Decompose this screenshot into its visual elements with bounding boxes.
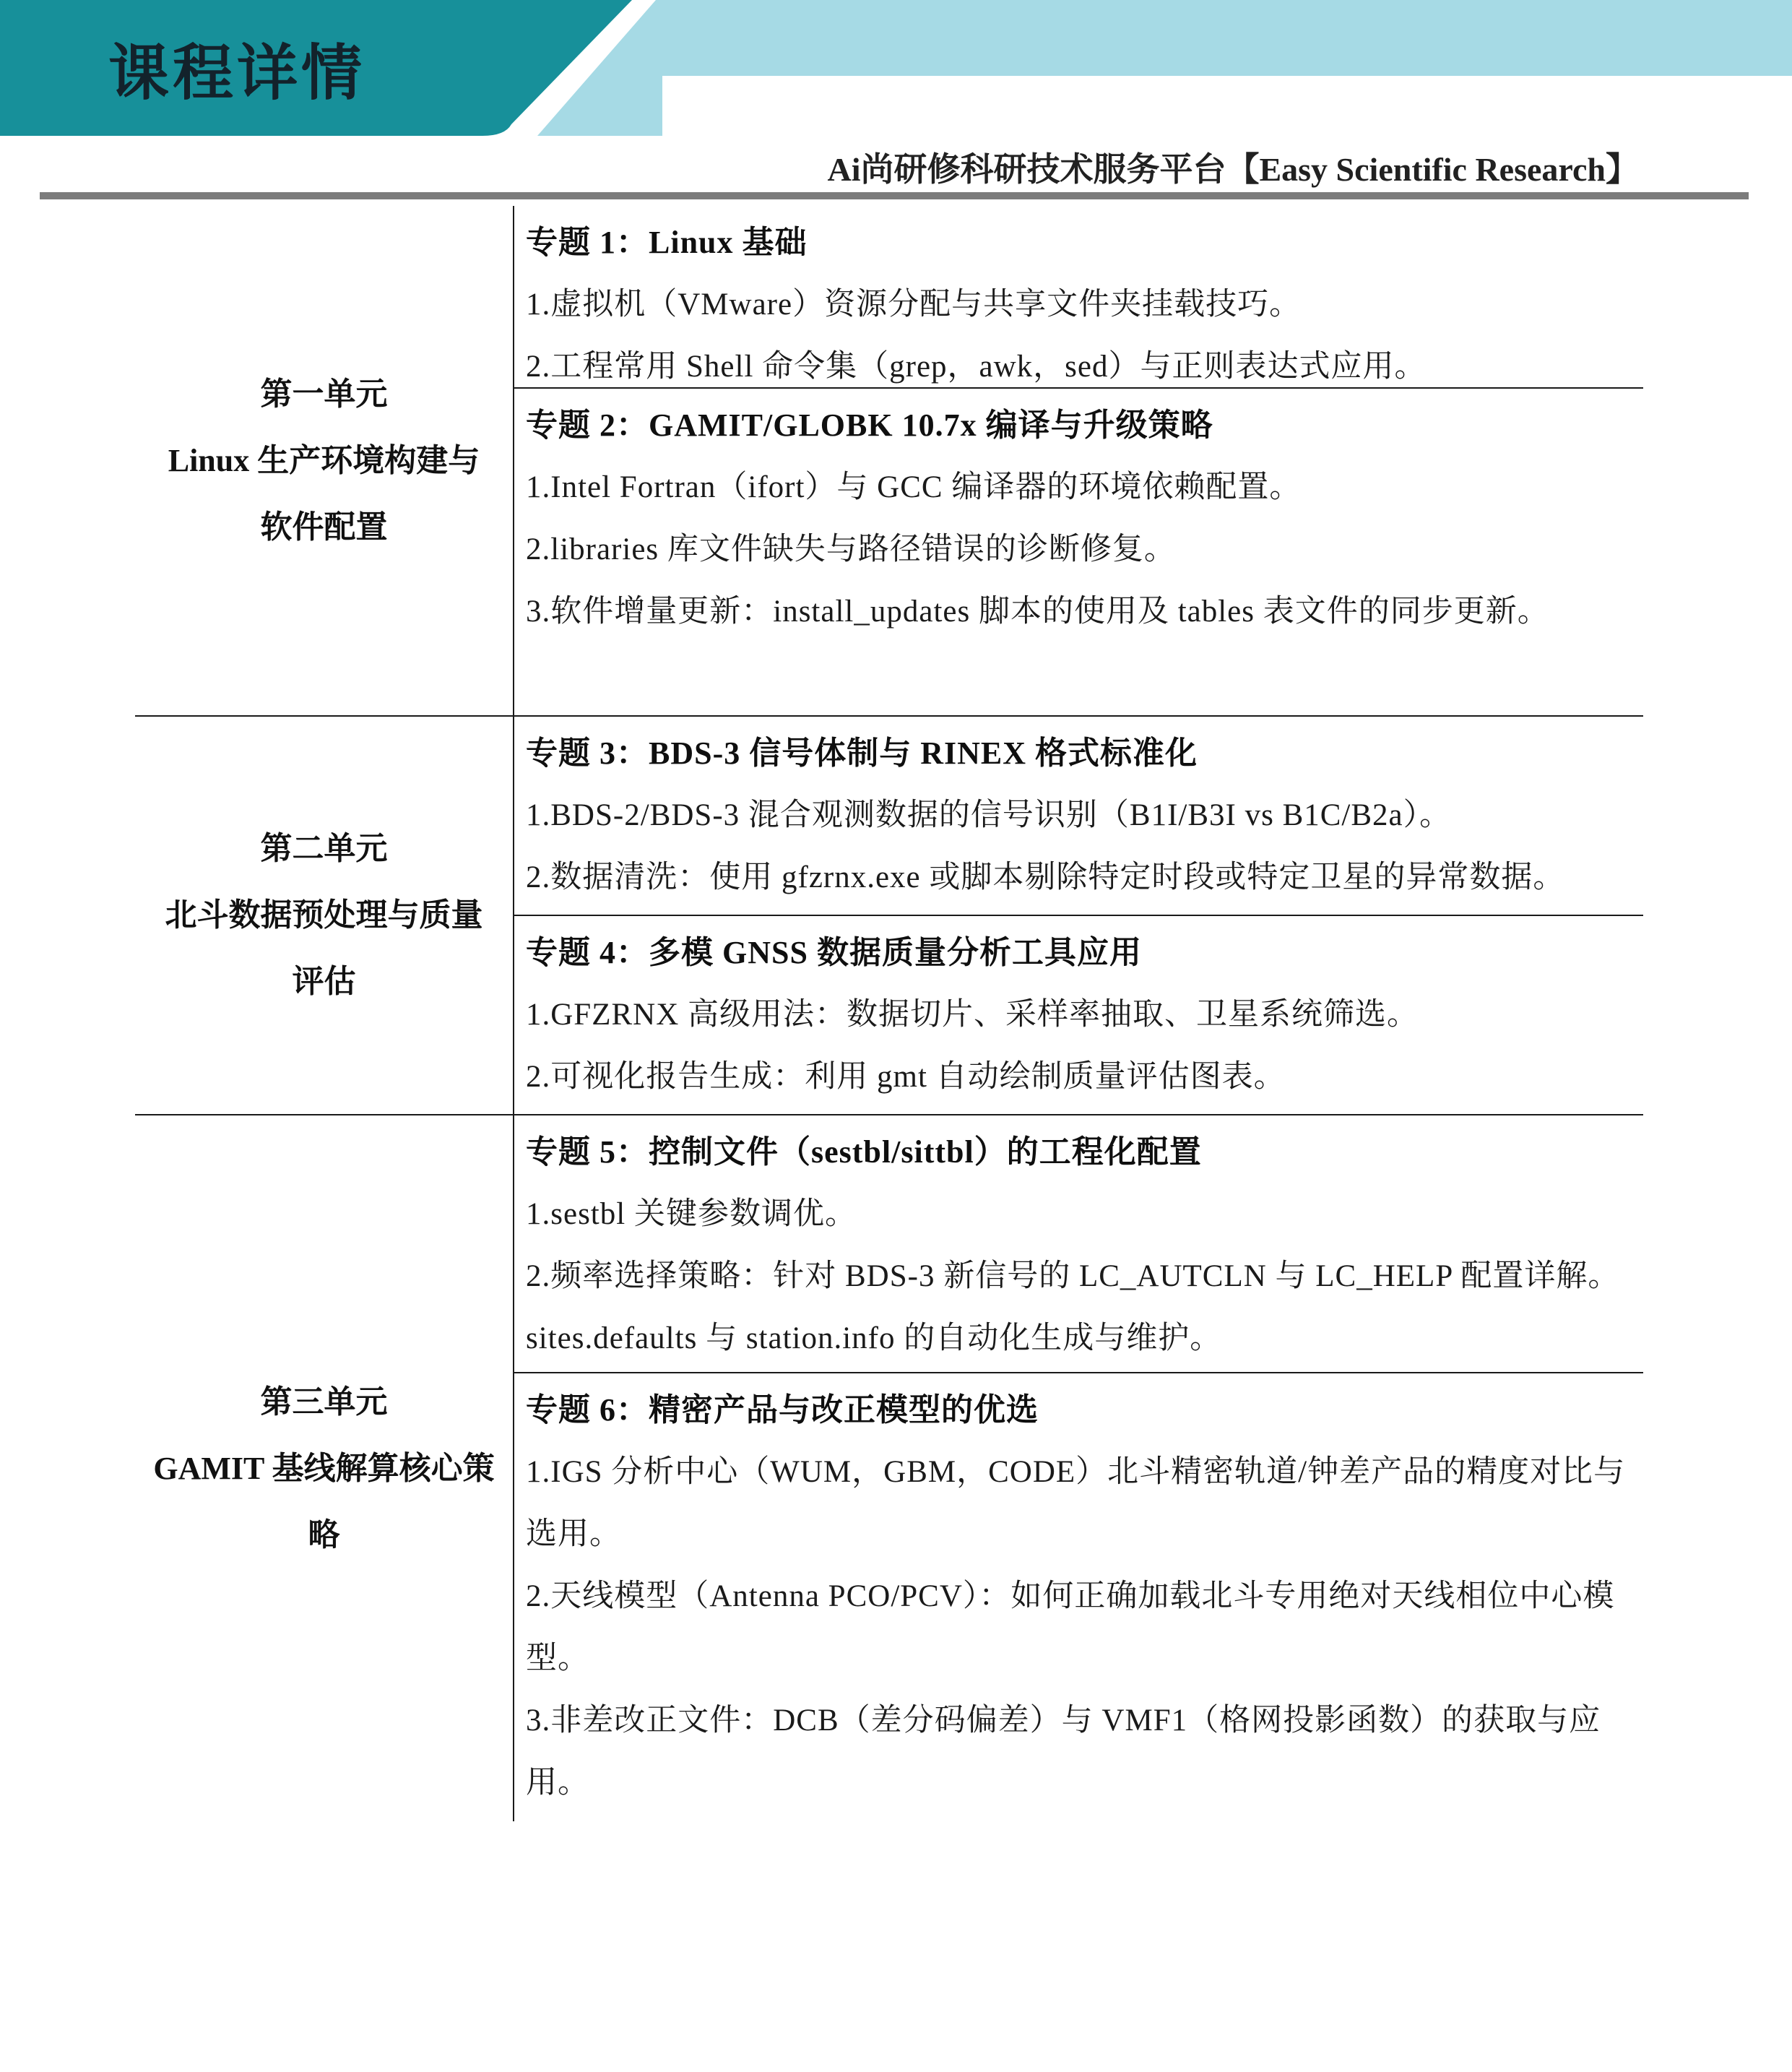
topic-item: sites.defaults 与 station.info 的自动化生成与维护。 (526, 1308, 1632, 1370)
topic-item: 1.IGS 分析中心（WUM，GBM，CODE）北斗精密轨道/钟差产品的精度对比… (526, 1441, 1632, 1566)
topic-item: 1.GFZRNX 高级用法：数据切片、采样率抽取、卫星系统筛选。 (526, 984, 1632, 1046)
unit-3-topics: 专题 5：控制文件（sestbl/sittbl）的工程化配置 1.sestbl … (514, 1115, 1643, 1821)
unit-label-line: Linux 生产环境构建与 (168, 428, 480, 494)
topic-heading: 专题 5：控制文件（sestbl/sittbl）的工程化配置 (526, 1121, 1632, 1183)
header-rule (40, 192, 1749, 199)
topic-cell-4: 专题 4：多模 GNSS 数据质量分析工具应用 1.GFZRNX 高级用法：数据… (514, 916, 1643, 1114)
unit-1-topics: 专题 1：Linux 基础 1.虚拟机（VMware）资源分配与共享文件夹挂载技… (514, 206, 1643, 715)
topic-heading: 专题 6：精密产品与改正模型的优选 (526, 1379, 1632, 1441)
unit-label-line: GAMIT 基线解算核心策 (153, 1436, 494, 1502)
topic-heading: 专题 3：BDS-3 信号体制与 RINEX 格式标准化 (526, 722, 1632, 785)
topic-item: 1.虚拟机（VMware）资源分配与共享文件夹挂载技巧。 (526, 274, 1632, 336)
course-table: 第一单元 Linux 生产环境构建与 软件配置 专题 1：Linux 基础 1.… (135, 206, 1643, 1821)
page: 课程详情 Ai尚研修科研技术服务平台【Easy Scientific Resea… (0, 0, 1792, 2072)
unit-label-line: 略 (308, 1502, 340, 1568)
unit-label-line: 第一单元 (261, 361, 388, 428)
unit-label-line: 第三单元 (261, 1369, 388, 1436)
unit-3-label-cell: 第三单元 GAMIT 基线解算核心策 略 (135, 1115, 514, 1821)
unit-2-topics: 专题 3：BDS-3 信号体制与 RINEX 格式标准化 1.BDS-2/BDS… (514, 717, 1643, 1114)
banner-title: 课程详情 (108, 25, 365, 112)
topic-cell-3: 专题 3：BDS-3 信号体制与 RINEX 格式标准化 1.BDS-2/BDS… (514, 717, 1643, 916)
unit-row-3: 第三单元 GAMIT 基线解算核心策 略 专题 5：控制文件（sestbl/si… (135, 1114, 1643, 1821)
unit-row-2: 第二单元 北斗数据预处理与质量 评估 专题 3：BDS-3 信号体制与 RINE… (135, 715, 1643, 1114)
topic-item: 2.libraries 库文件缺失与路径错误的诊断修复。 (526, 519, 1632, 581)
banner-lightblue-shape (537, 0, 1792, 136)
topic-cell-2: 专题 2：GAMIT/GLOBK 10.7x 编译与升级策略 1.Intel F… (514, 389, 1643, 715)
topic-item: 3.非差改正文件：DCB（差分码偏差）与 VMF1（格网投影函数）的获取与应用。 (526, 1690, 1632, 1814)
unit-row-1: 第一单元 Linux 生产环境构建与 软件配置 专题 1：Linux 基础 1.… (135, 206, 1643, 715)
unit-2-label-cell: 第二单元 北斗数据预处理与质量 评估 (135, 717, 514, 1114)
unit-label-line: 第二单元 (261, 816, 388, 882)
topic-cell-6: 专题 6：精密产品与改正模型的优选 1.IGS 分析中心（WUM，GBM，COD… (514, 1373, 1643, 1821)
topic-item: 2.工程常用 Shell 命令集（grep，awk，sed）与正则表达式应用。 (526, 336, 1632, 389)
topic-item: 3.软件增量更新：install_updates 脚本的使用及 tables 表… (526, 581, 1632, 643)
topic-item: 2.数据清洗：使用 gfzrnx.exe 或脚本剔除特定时段或特定卫星的异常数据… (526, 847, 1632, 909)
topic-item: 2.可视化报告生成：利用 gmt 自动绘制质量评估图表。 (526, 1046, 1632, 1108)
unit-1-label-cell: 第一单元 Linux 生产环境构建与 软件配置 (135, 206, 514, 715)
topic-item: 1.sestbl 关键参数调优。 (526, 1183, 1632, 1246)
topic-item: 1.BDS-2/BDS-3 混合观测数据的信号识别（B1I/B3I vs B1C… (526, 785, 1632, 847)
topic-item: 2.天线模型（Antenna PCO/PCV）：如何正确加载北斗专用绝对天线相位… (526, 1566, 1632, 1690)
topic-item: 1.Intel Fortran（ifort）与 GCC 编译器的环境依赖配置。 (526, 457, 1632, 519)
unit-label-line: 软件配置 (261, 494, 388, 561)
topic-item: 2.频率选择策略：针对 BDS-3 新信号的 LC_AUTCLN 与 LC_HE… (526, 1246, 1632, 1308)
topic-cell-1: 专题 1：Linux 基础 1.虚拟机（VMware）资源分配与共享文件夹挂载技… (514, 206, 1643, 389)
topic-cell-5: 专题 5：控制文件（sestbl/sittbl）的工程化配置 1.sestbl … (514, 1115, 1643, 1373)
unit-label-line: 评估 (293, 949, 356, 1015)
platform-title: Ai尚研修科研技术服务平台【Easy Scientific Research】 (827, 143, 1639, 191)
unit-label-line: 北斗数据预处理与质量 (165, 882, 483, 949)
topic-heading: 专题 4：多模 GNSS 数据质量分析工具应用 (526, 922, 1632, 984)
topic-heading: 专题 2：GAMIT/GLOBK 10.7x 编译与升级策略 (526, 394, 1632, 457)
topic-heading: 专题 1：Linux 基础 (526, 212, 1632, 274)
